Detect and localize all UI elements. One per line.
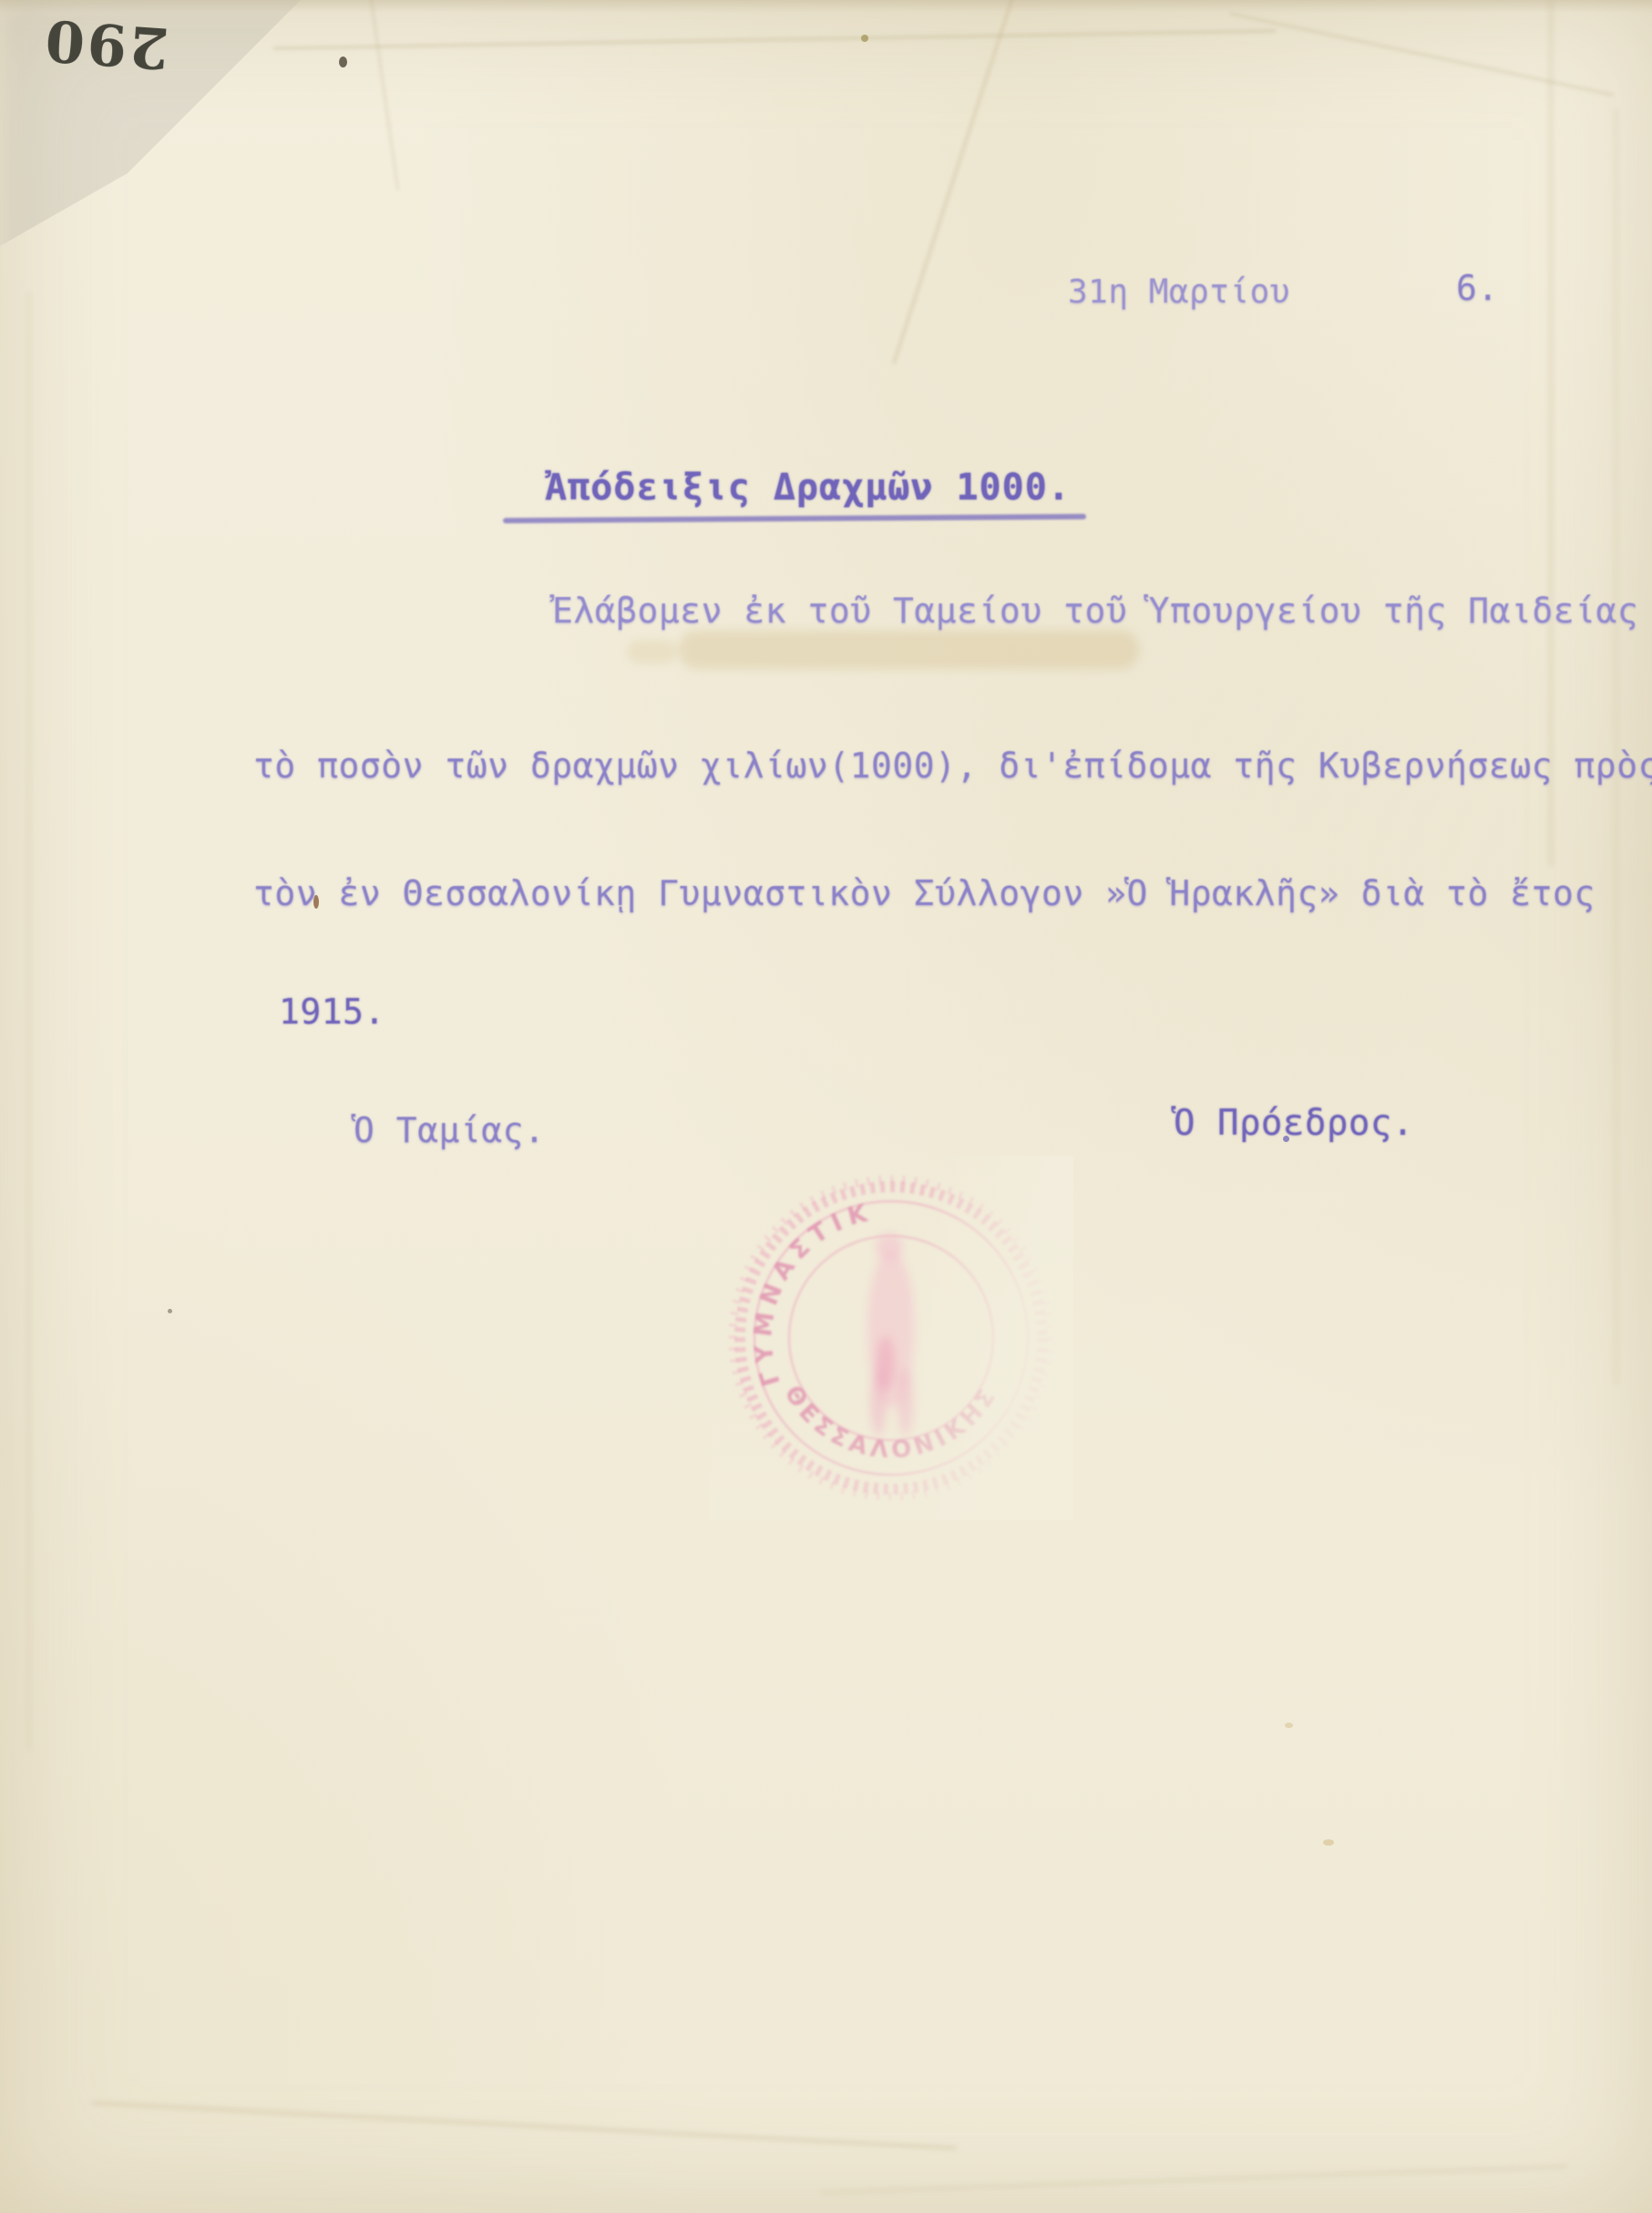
paper-crease (273, 29, 1276, 49)
stamp-hercules-figure (867, 1233, 915, 1436)
title-underline (503, 514, 1086, 523)
signature-treasurer: Ὁ Ταμίας. (354, 1110, 545, 1150)
paper-speck (339, 57, 347, 67)
paper-crease (27, 292, 30, 1750)
paper-crease (1229, 12, 1613, 96)
paper-crease (820, 2166, 1567, 2195)
paper-crease (369, 0, 400, 190)
bleedthrough-smudge (679, 631, 1139, 669)
stamp-arc-text-top: ΓΥΜΝΑΣΤΙΚ (749, 1198, 876, 1389)
body-line-1: Ἐλάβομεν ἐκ τοῦ Ταμείου τοῦ Ὑπουργείου τ… (552, 591, 1638, 631)
paper-stain (1285, 1723, 1293, 1728)
paper-speck (168, 1309, 172, 1313)
body-line-year: 1915. (279, 992, 385, 1032)
body-line-2: τὸ ποσὸν τῶν δραχμῶν χιλίων(1000), δι'ἐπ… (253, 746, 1652, 786)
paper-speck (861, 35, 868, 42)
paper-crease (892, 0, 1017, 365)
archive-number: 290 (40, 6, 172, 82)
date-day-month: 31η Μαρτίου (1068, 273, 1290, 311)
paper-stain (1323, 1839, 1334, 1846)
scanned-receipt-page: 290 31η Μαρτίου 6. Ἀπόδειξις Δραχμῶν 100… (0, 0, 1652, 2213)
svg-text:ΓΥΜΝΑΣΤΙΚ: ΓΥΜΝΑΣΤΙΚ (749, 1198, 876, 1389)
body-line-3: τὸν ἐν Θεσσαλονίκῃ Γυμναστικὸν Σύλλογον … (253, 873, 1596, 913)
bleedthrough-smudge (627, 640, 677, 664)
signature-president: Ὁ Πρόεδρος. (1174, 1103, 1414, 1144)
stamp-graphic: ΓΥΜΝΑΣΤΙΚ ΘΕΣΣΑΛΟΝΙΚΗΣ (709, 1156, 1073, 1520)
paper-crease (92, 2101, 957, 2150)
date-year: 6. (1456, 268, 1499, 308)
club-stamp: ΓΥΜΝΑΣΤΙΚ ΘΕΣΣΑΛΟΝΙΚΗΣ (709, 1156, 1073, 1520)
paper-crease (1549, 0, 1553, 866)
document-title: Ἀπόδειξις Δραχμῶν 1000. (545, 467, 1071, 509)
